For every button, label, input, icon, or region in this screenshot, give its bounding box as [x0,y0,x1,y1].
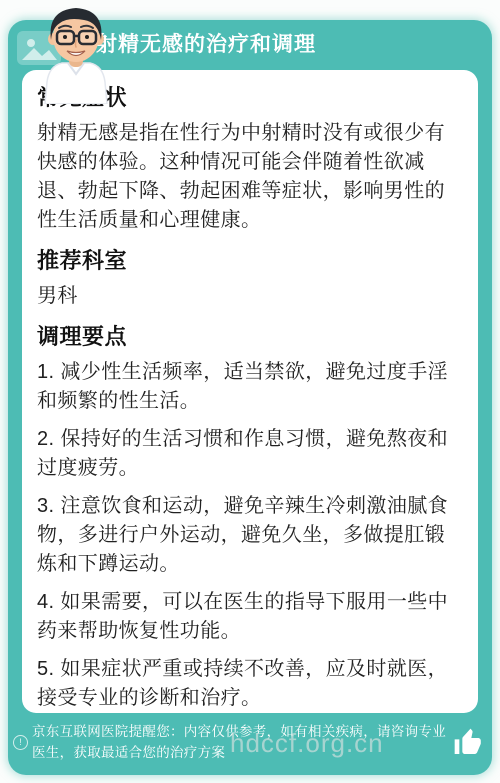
tip-item-1: 1. 减少性生活频率，适当禁欲，避免过度手淫和频繁的性生活。 [37,358,463,416]
thumbs-up-icon[interactable] [452,726,484,758]
tip-item-4: 4. 如果需要，可以在医生的指导下服用一些中药来帮助恢复性功能。 [37,588,463,646]
doctor-avatar [30,2,122,104]
section-heading-tips: 调理要点 [37,324,463,349]
health-info-card: 射精无感的治疗和调理 常见症状 射精无感是指在性行为中射精时没有或很少有快感的体… [8,20,492,775]
tip-item-2: 2. 保持好的生活习惯和作息习惯，避免熬夜和过度疲劳。 [37,425,463,483]
card-header: 射精无感的治疗和调理 [8,20,492,70]
content-card: 常见症状 射精无感是指在性行为中射精时没有或很少有快感的体验。这种情况可能会伴随… [22,70,478,713]
tip-item-5: 5. 如果症状严重或持续不改善，应及时就医，接受专业的诊断和治疗。 [37,655,463,713]
department-value: 男科 [37,282,463,311]
card-title: 射精无感的治疗和调理 [96,20,316,70]
symptoms-paragraph: 射精无感是指在性行为中射精时没有或很少有快感的体验。这种情况可能会伴随着性欲减退… [37,119,463,235]
info-icon: ! [13,735,28,750]
tip-item-3: 3. 注意饮食和运动，避免辛辣生冷刺激油腻食物，多进行户外运动，避免久坐，多做提… [37,492,463,579]
section-heading-department: 推荐科室 [37,248,463,273]
watermark: hdccf.org.cn [230,728,384,759]
